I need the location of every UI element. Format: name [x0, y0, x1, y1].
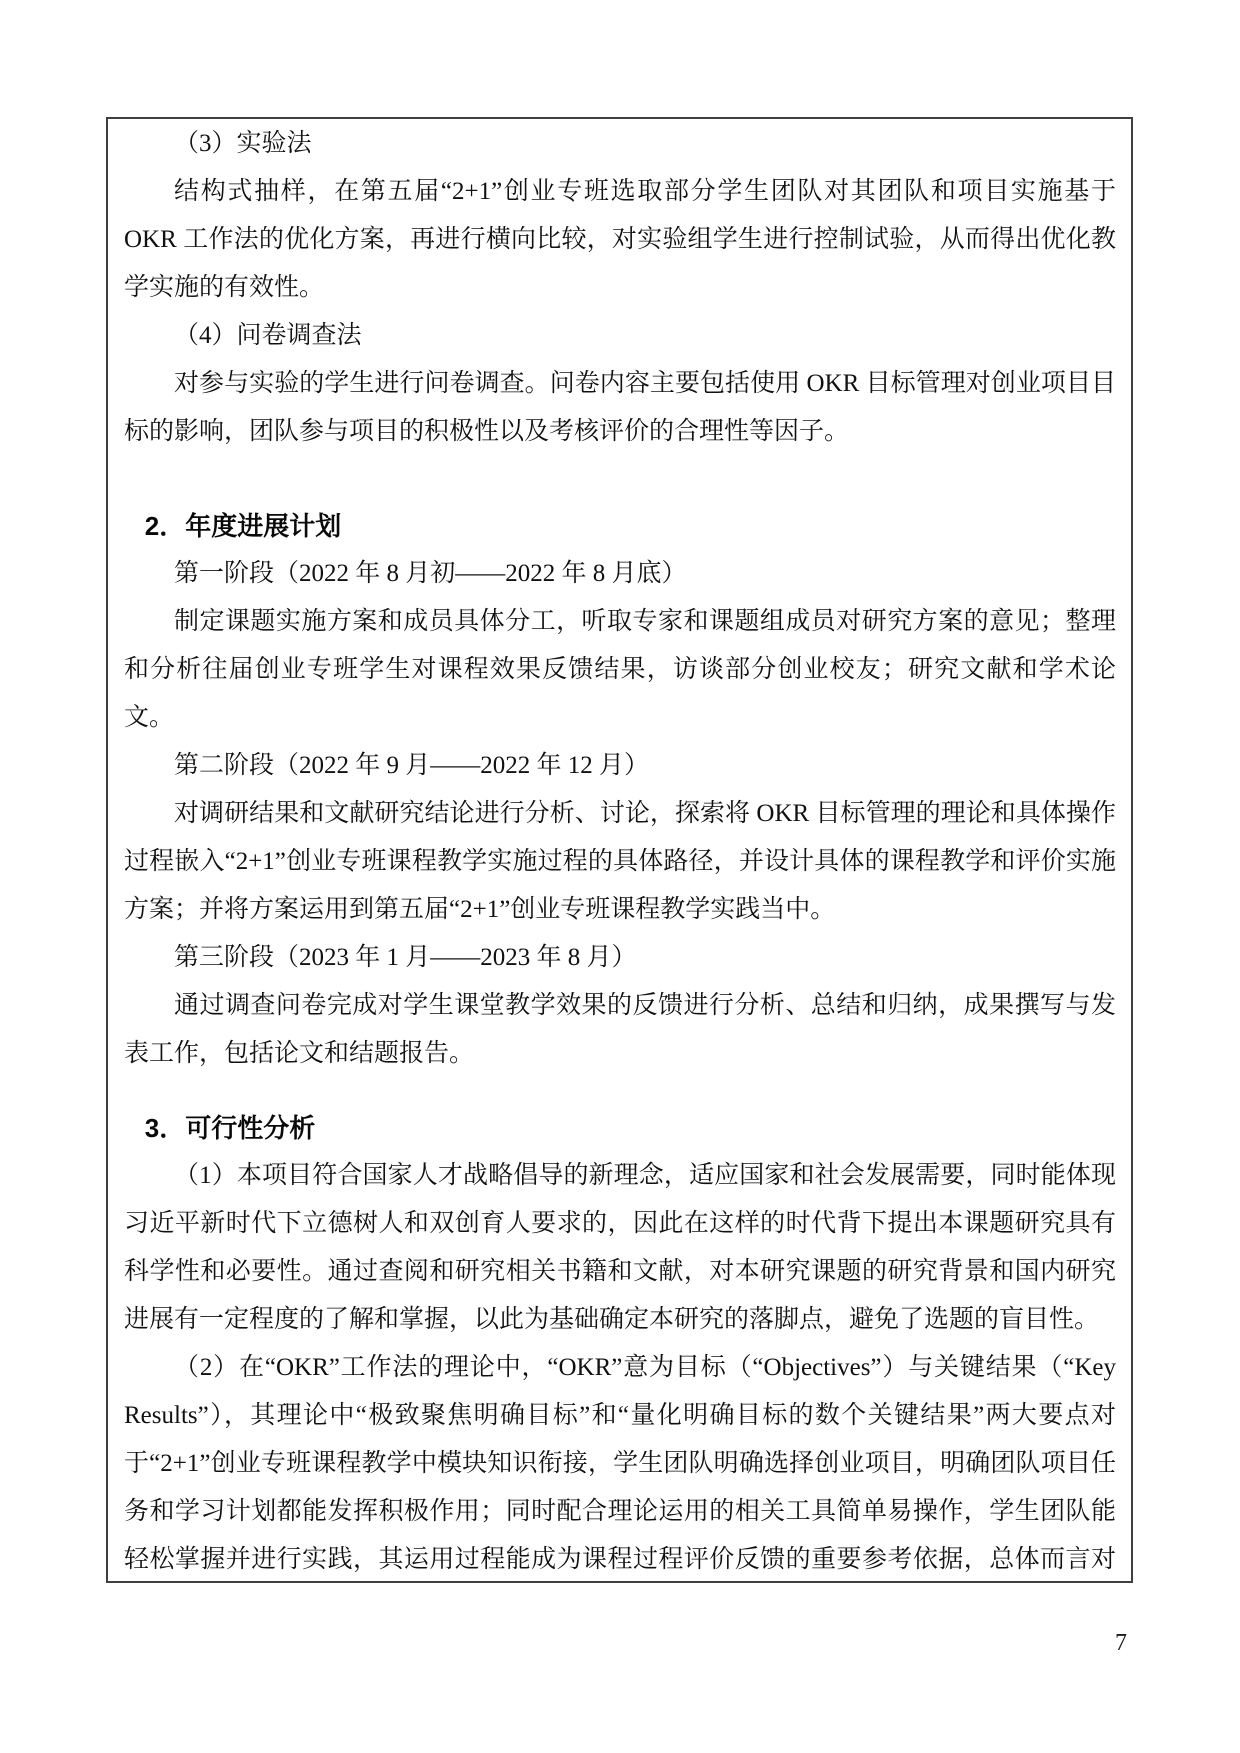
feasibility-point-1: （1）本项目符合国家人才战略倡导的新理念，适应国家和社会发展需要，同时能体现习近…	[124, 1152, 1116, 1344]
phase-1-description: 制定课题实施方案和成员具体分工，听取专家和课题组成员对研究方案的意见；整理和分析…	[124, 598, 1116, 742]
feasibility-point-2: （2）在“OKR”工作法的理论中，“OKR”意为目标（“Objectives”）…	[124, 1344, 1116, 1583]
section-heading-feasibility: 3．可行性分析	[124, 1104, 1116, 1152]
method-item-3-description: 结构式抽样，在第五届“2+1”创业专班选取部分学生团队对其团队和项目实施基于 O…	[124, 168, 1116, 312]
document-page: （3）实验法 结构式抽样，在第五届“2+1”创业专班选取部分学生团队对其团队和项…	[0, 0, 1240, 1753]
method-item-4-label: （4）问卷调查法	[124, 312, 1116, 360]
phase-3-title: 第三阶段（2023 年 1 月——2023 年 8 月）	[124, 934, 1116, 982]
content-frame: （3）实验法 结构式抽样，在第五届“2+1”创业专班选取部分学生团队对其团队和项…	[106, 117, 1133, 1583]
section-heading-annual-plan: 2．年度进展计划	[124, 502, 1116, 550]
phase-3-description: 通过调查问卷完成对学生课堂教学效果的反馈进行分析、总结和归纳，成果撰写与发表工作…	[124, 982, 1116, 1078]
method-item-3-label: （3）实验法	[124, 120, 1116, 168]
phase-1-title: 第一阶段（2022 年 8 月初——2022 年 8 月底）	[124, 550, 1116, 598]
phase-2-description: 对调研结果和文献研究结论进行分析、讨论，探索将 OKR 目标管理的理论和具体操作…	[124, 790, 1116, 934]
method-item-4-description: 对参与实验的学生进行问卷调查。问卷内容主要包括使用 OKR 目标管理对创业项目目…	[124, 360, 1116, 456]
phase-2-title: 第二阶段（2022 年 9 月——2022 年 12 月）	[124, 742, 1116, 790]
page-number: 7	[1106, 1628, 1136, 1658]
